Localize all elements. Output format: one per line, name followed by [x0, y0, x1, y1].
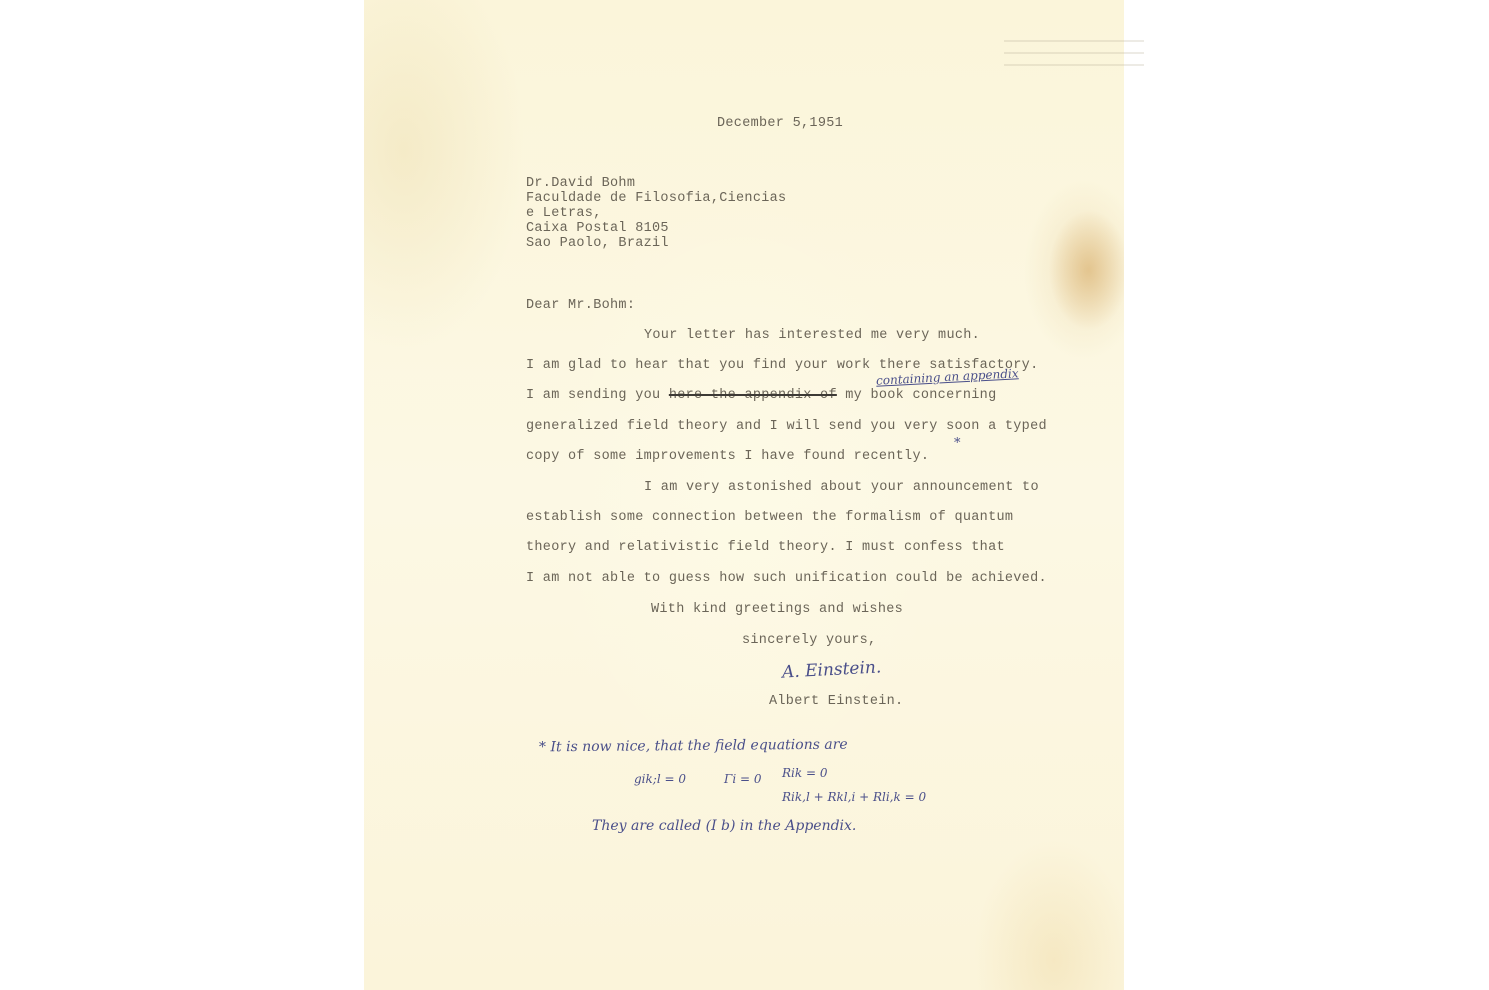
body-line-5: I am very astonished about your announce…	[644, 480, 1039, 495]
footnote-equation-1: gik;l = 0	[634, 772, 686, 786]
recipient-city: Sao Paolo, Brazil	[526, 236, 669, 251]
body-line-8: I am not able to guess how such unificat…	[526, 571, 1047, 586]
body-line-1: Your letter has interested me very much.	[644, 328, 980, 343]
sending-prefix: I am sending you	[526, 388, 669, 403]
recipient-institution-cont: e Letras,	[526, 206, 602, 221]
sending-suffix: my book concerning	[837, 388, 997, 403]
valediction: sincerely yours,	[742, 633, 876, 648]
body-line-3: generalized field theory and I will send…	[526, 419, 1047, 434]
body-line-sending: I am sending you here the appendix of my…	[526, 388, 996, 403]
recipient-name: Dr.David Bohm	[526, 176, 635, 191]
closing: With kind greetings and wishes	[651, 602, 903, 617]
footnote-equation-2: Γi = 0	[724, 772, 761, 786]
typed-name: Albert Einstein.	[769, 694, 903, 709]
body-line-7: theory and relativistic field theory. I …	[526, 540, 1005, 555]
footnote-line-3: They are called (I b) in the Appendix.	[592, 818, 856, 834]
footnote-equation-3: Rik = 0	[782, 766, 827, 780]
body-line-6: establish some connection between the fo…	[526, 510, 1013, 525]
signature: A. Einstein.	[782, 657, 882, 682]
recipient-postal-box: Caixa Postal 8105	[526, 221, 669, 236]
body-line-4: copy of some improvements I have found r…	[526, 449, 929, 464]
faint-letterhead-bleedthrough	[1004, 30, 1144, 100]
letter-page: December 5,1951 Dr.David Bohm Faculdade …	[364, 0, 1124, 990]
salutation: Dear Mr.Bohm:	[526, 298, 635, 313]
footnote-equation-4: Rik,l + Rkl,i + Rli,k = 0	[782, 790, 926, 804]
struck-out-text: here the appendix of	[669, 388, 837, 403]
letter-date: December 5,1951	[717, 116, 843, 131]
footnote-marker: *	[954, 436, 961, 451]
footnote-line-1: * It is now nice, that the field equatio…	[539, 737, 848, 756]
recipient-institution: Faculdade de Filosofia,Ciencias	[526, 191, 786, 206]
